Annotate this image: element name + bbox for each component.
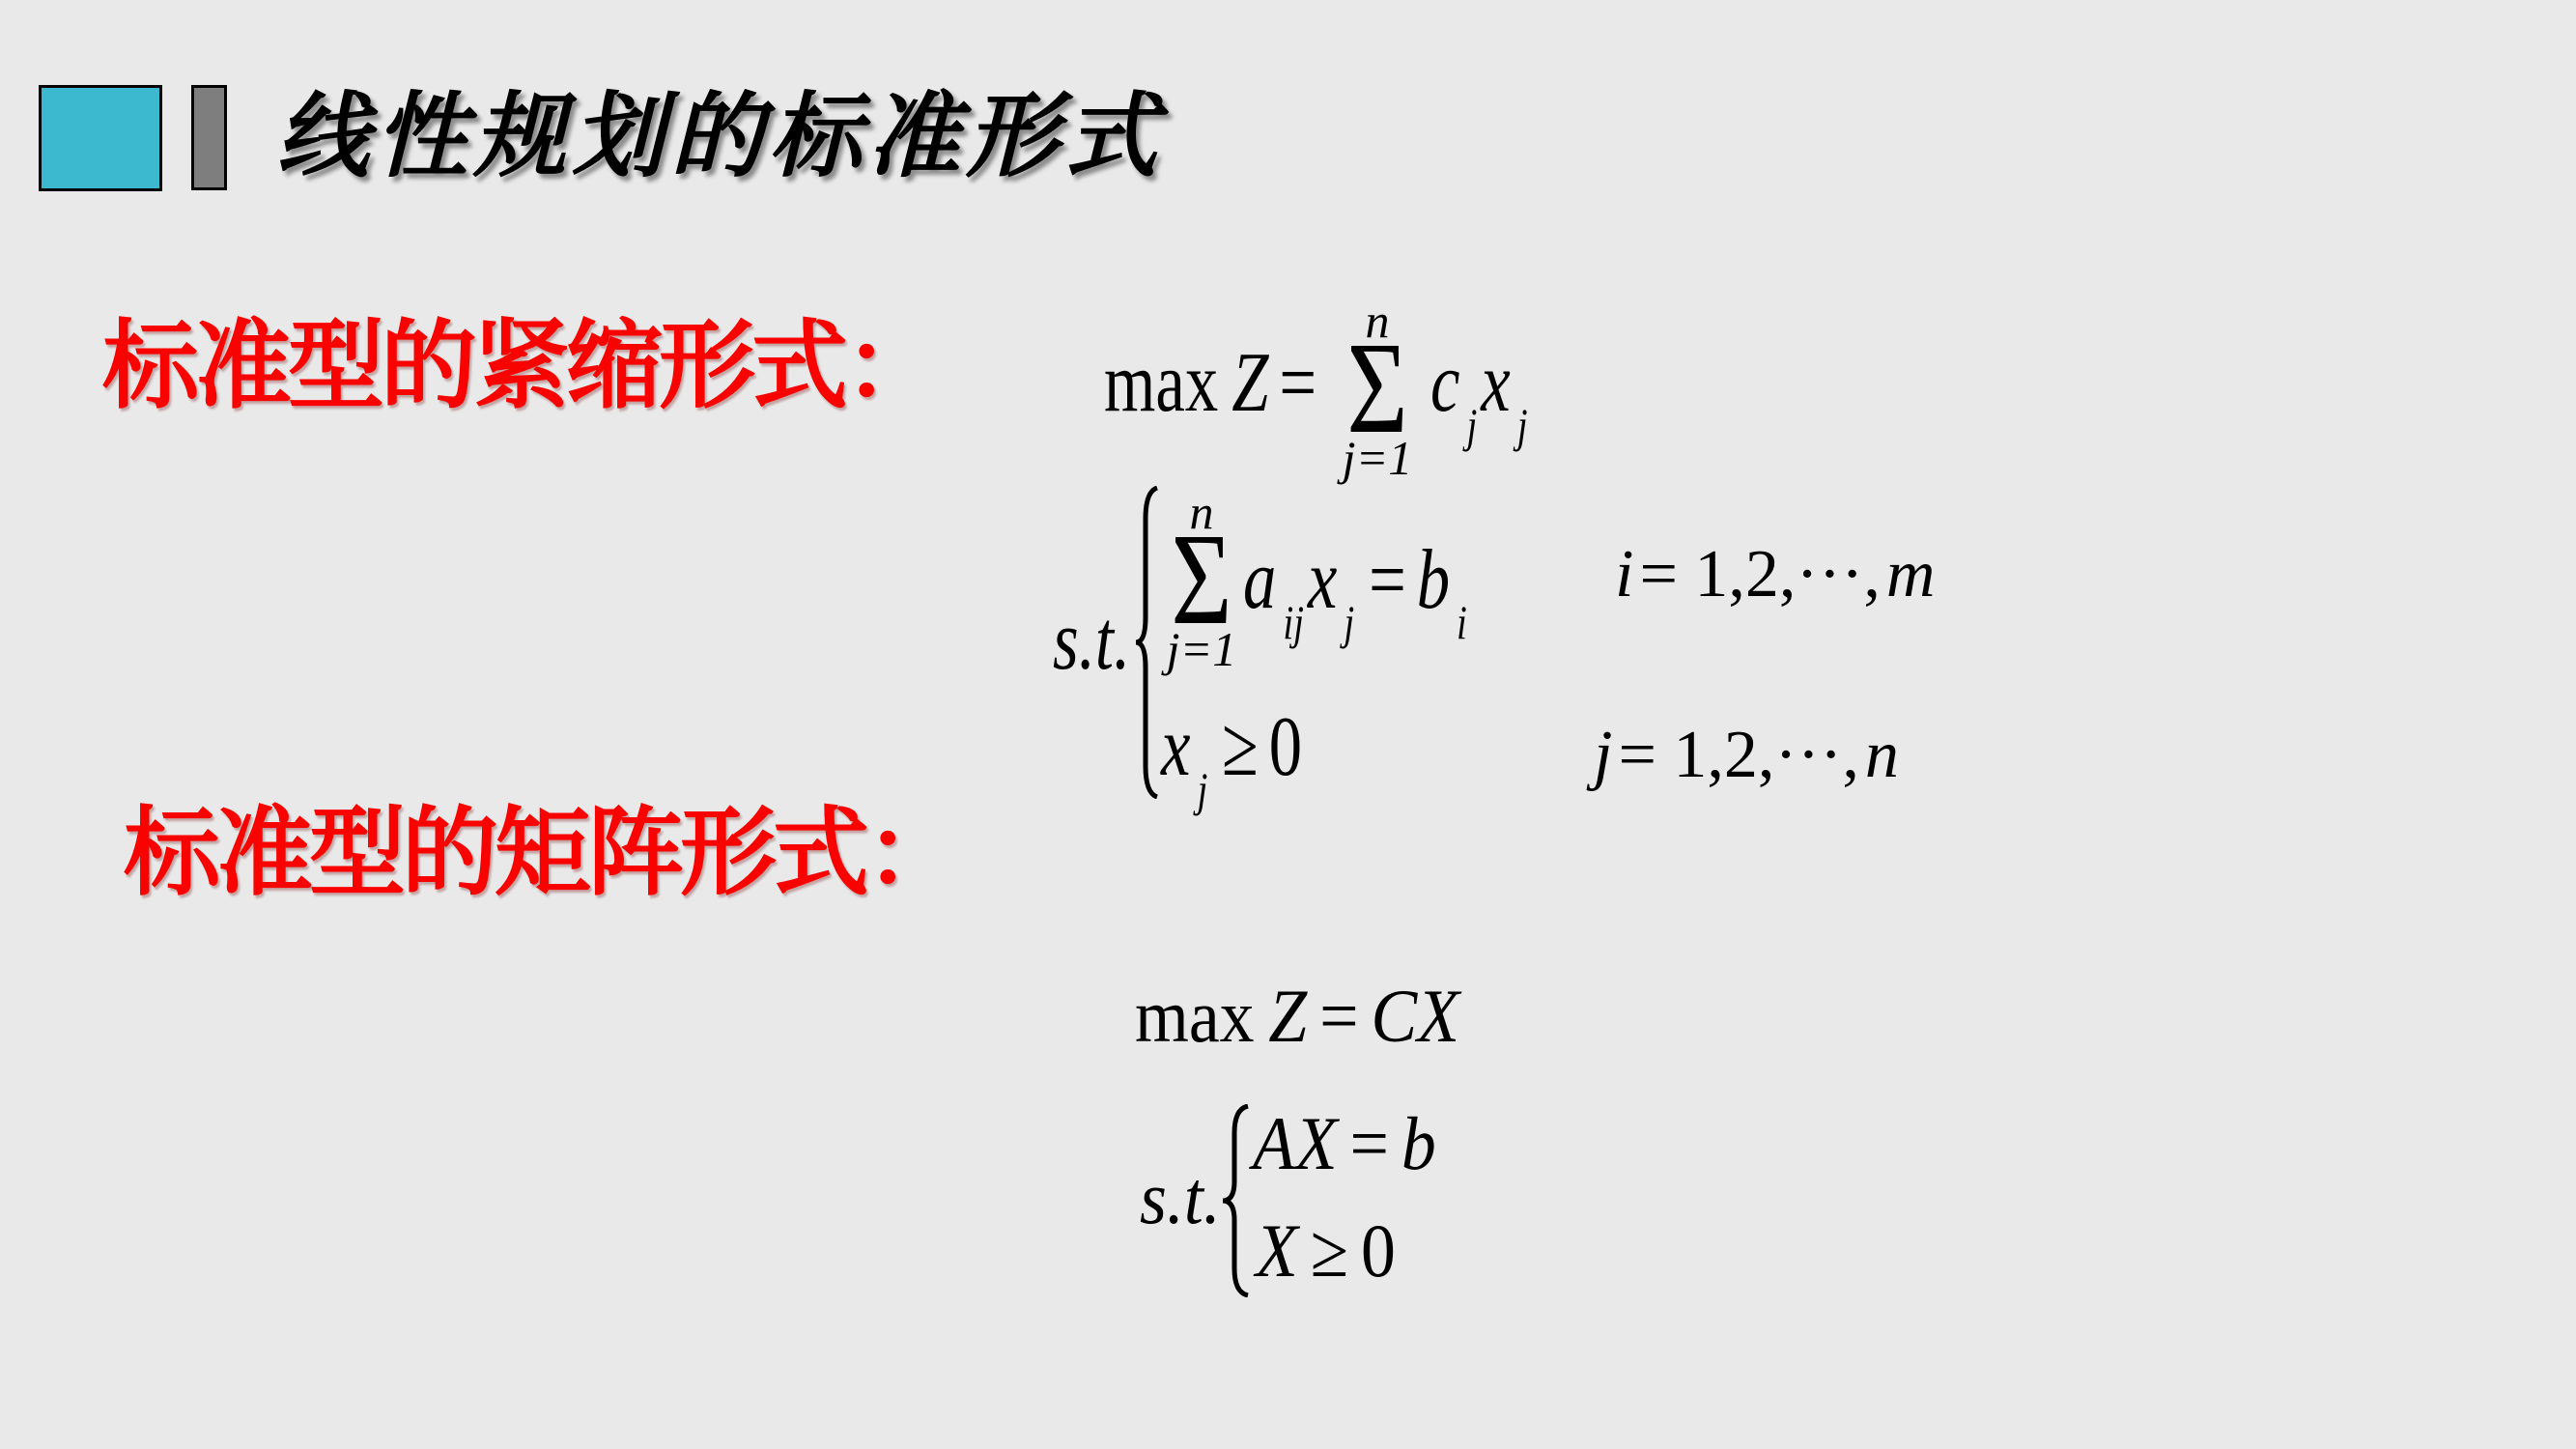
var-c: c <box>1430 336 1459 430</box>
slide-title: 线性规划的标准形式 <box>276 83 1163 191</box>
summation-symbol: n Σ j=1 <box>1157 491 1246 672</box>
var-x: x <box>1308 533 1337 627</box>
var-x: x <box>1161 700 1190 794</box>
formula-matrix-constraints: s.t. AX=b X≥0 <box>1140 1092 1642 1323</box>
sub-x-j: j <box>1197 762 1207 816</box>
range-var-j: j <box>1594 718 1612 792</box>
geq-sign: ≥ <box>1311 1208 1348 1293</box>
max-operator: max <box>1135 974 1255 1058</box>
formula-compact-constraints: s.t. n Σ j=1 aijxj=bi i= 1,2,···,m xj≥0 … <box>1053 481 2019 819</box>
zero-value: 0 <box>1269 700 1302 794</box>
var-x: X <box>1256 1208 1298 1293</box>
equals-sign: = <box>1319 974 1358 1058</box>
var-cx: CX <box>1371 974 1459 1058</box>
var-b: b <box>1401 1101 1436 1185</box>
objective-lhs: maxZ= <box>1104 341 1327 426</box>
matrix-constraint-row2: X≥0 <box>1256 1213 1396 1289</box>
title-bullet-teal-icon <box>39 85 162 191</box>
equals-sign: = <box>1369 533 1406 627</box>
sigma-icon: Σ <box>1166 533 1237 626</box>
range-values: = 1,2,···, <box>1618 718 1858 792</box>
var-z: Z <box>1268 974 1307 1058</box>
sub-a-ij: ij <box>1283 595 1304 649</box>
left-brace-icon <box>1135 486 1158 799</box>
var-x: x <box>1481 336 1510 430</box>
equals-sign: = <box>1350 1101 1389 1185</box>
range-values: = 1,2,···, <box>1639 537 1880 611</box>
var-z: Z <box>1231 336 1268 430</box>
sub-c-j: j <box>1466 398 1477 452</box>
var-a: a <box>1243 533 1276 627</box>
title-bullet-gray-icon <box>191 85 227 190</box>
max-operator: max <box>1104 336 1218 430</box>
constraint-row2-expression: xj≥0 <box>1161 705 1302 813</box>
sigma-icon: Σ <box>1342 342 1413 435</box>
equals-sign: = <box>1279 336 1316 430</box>
matrix-constraint-row1: AX=b <box>1253 1106 1436 1181</box>
sub-b-i: i <box>1457 595 1467 649</box>
var-b: b <box>1417 533 1450 627</box>
range-end-m: m <box>1886 537 1936 611</box>
subject-to-label: s.t. <box>1140 1160 1221 1236</box>
zero-value: 0 <box>1361 1208 1396 1293</box>
constraint-row2-range: j= 1,2,···,n <box>1594 722 1899 789</box>
heading-compact-form: 标准型的紧缩形式： <box>102 315 937 419</box>
left-brace-icon <box>1222 1104 1249 1297</box>
constraint-row1-range: i= 1,2,···,m <box>1615 541 1935 609</box>
subject-to-label: s.t. <box>1053 599 1130 684</box>
var-ax: AX <box>1253 1101 1338 1185</box>
constraint-row1-expression: aijxj=bi <box>1243 538 1471 646</box>
formula-compact-objective: maxZ= n Σ j=1 cjxj <box>1104 299 1703 493</box>
heading-matrix-form: 标准型的矩阵形式： <box>124 802 958 906</box>
matrix-objective-line: maxZ=CX <box>1135 979 1459 1054</box>
geq-sign: ≥ <box>1222 700 1259 794</box>
sub-x-j: j <box>1344 595 1354 649</box>
range-var-i: i <box>1615 537 1633 611</box>
sub-x-j: j <box>1517 398 1528 452</box>
range-end-n: n <box>1865 718 1899 792</box>
slide-canvas: 线性规划的标准形式 标准型的紧缩形式： 标准型的矩阵形式： maxZ= n Σ … <box>0 0 2576 1449</box>
summation-symbol: n Σ j=1 <box>1333 299 1422 481</box>
objective-rhs: cjxj <box>1430 341 1531 449</box>
